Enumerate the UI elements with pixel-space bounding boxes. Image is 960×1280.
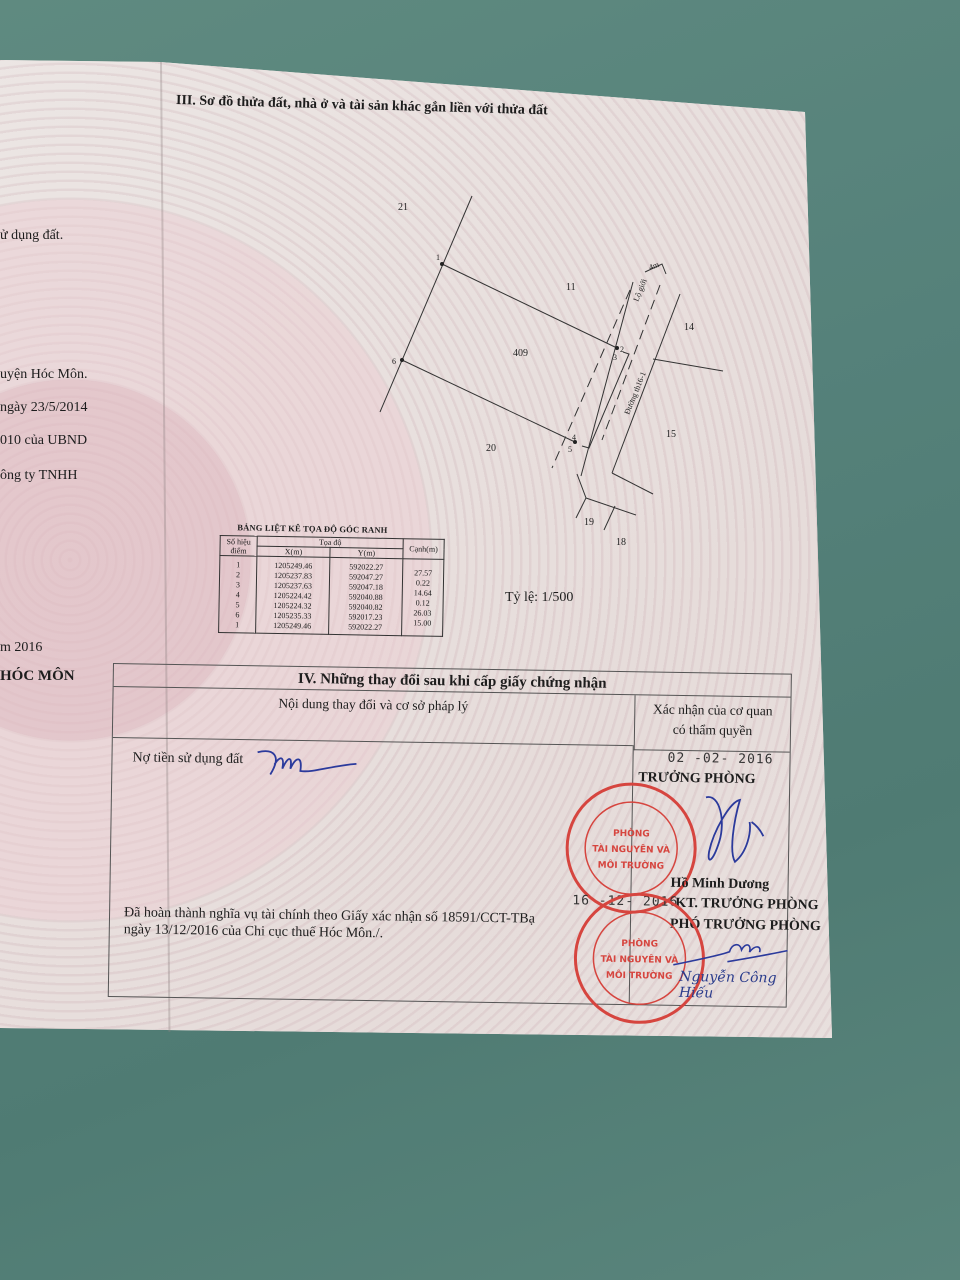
signature-truong-phong xyxy=(699,791,770,872)
change-entry-1: Nợ tiền sử dụng đất xyxy=(132,750,243,768)
left-fragment: ử dụng đất. xyxy=(0,228,63,244)
left-fragment: m 2016 xyxy=(0,640,42,656)
svg-text:Đường th16-1: Đường th16-1 xyxy=(623,370,648,415)
vertex-label: 3 xyxy=(613,353,617,362)
left-fragment: ngày 23/5/2014 xyxy=(0,400,88,416)
vertex-label: 2 xyxy=(620,345,624,354)
svg-text:MÔI TRƯỜNG: MÔI TRƯỜNG xyxy=(598,859,665,872)
table-row: 1234561 1205249.461205237.831205237.6312… xyxy=(219,556,444,637)
left-fragment: ông ty TNHH xyxy=(0,468,78,484)
svg-text:TÀI NGUYÊN VÀ: TÀI NGUYÊN VÀ xyxy=(600,953,678,966)
coordinate-table-title: BẢNG LIỆT KÊ TỌA ĐỘ GÓC RANH xyxy=(220,522,405,535)
svg-text:TÀI NGUYÊN VÀ: TÀI NGUYÊN VÀ xyxy=(592,843,670,856)
svg-text:19: 19 xyxy=(584,517,594,528)
left-fragment: uyện Hóc Môn. xyxy=(0,367,88,383)
changes-section: IV. Những thay đổi sau khi cấp giấy chứn… xyxy=(108,663,792,1008)
signer-name-2: Nguyễn Công Hiếu xyxy=(679,969,786,1003)
svg-text:4m: 4m xyxy=(648,260,661,272)
svg-text:PHÒNG: PHÒNG xyxy=(613,827,650,840)
signature-initials xyxy=(252,744,363,780)
coordinate-table: BẢNG LIỆT KÊ TỌA ĐỘ GÓC RANH Số hiệu điể… xyxy=(218,522,445,637)
left-fragment-authority: HÓC MÔN xyxy=(0,668,75,685)
parcel-number: 409 xyxy=(513,348,528,359)
svg-text:14: 14 xyxy=(684,322,694,333)
column-header-content: Nội dung thay đổi và cơ sở pháp lý xyxy=(113,687,634,746)
vertex-label: 6 xyxy=(392,357,396,366)
left-fragment: 010 của UBND xyxy=(0,433,87,449)
column-header-confirmation: Xác nhận của cơ quan có thẩm quyền xyxy=(634,695,791,752)
vertex-label: 1 xyxy=(436,253,440,262)
parcel-diagram: 1 2 3 4 5 6 409 21 11 14 15 20 19 18 Lộ … xyxy=(380,190,740,560)
stamp-date: 02 -02- 2016 xyxy=(667,751,773,768)
svg-text:MÔI TRƯỜNG: MÔI TRƯỜNG xyxy=(606,969,673,982)
vertex-label: 4 xyxy=(572,433,576,442)
svg-text:Lộ giới: Lộ giới xyxy=(632,277,649,303)
vertex-label: 5 xyxy=(568,445,572,454)
svg-text:PHÒNG: PHÒNG xyxy=(621,937,658,950)
svg-text:21: 21 xyxy=(398,202,408,213)
svg-text:11: 11 xyxy=(566,282,576,293)
svg-text:20: 20 xyxy=(486,443,496,454)
change-entry-2: Đã hoàn thành nghĩa vụ tài chính theo Gi… xyxy=(124,904,535,944)
svg-text:18: 18 xyxy=(616,537,626,548)
scale-label: Tỷ lệ: 1/500 xyxy=(505,590,573,606)
svg-text:15: 15 xyxy=(666,429,676,440)
